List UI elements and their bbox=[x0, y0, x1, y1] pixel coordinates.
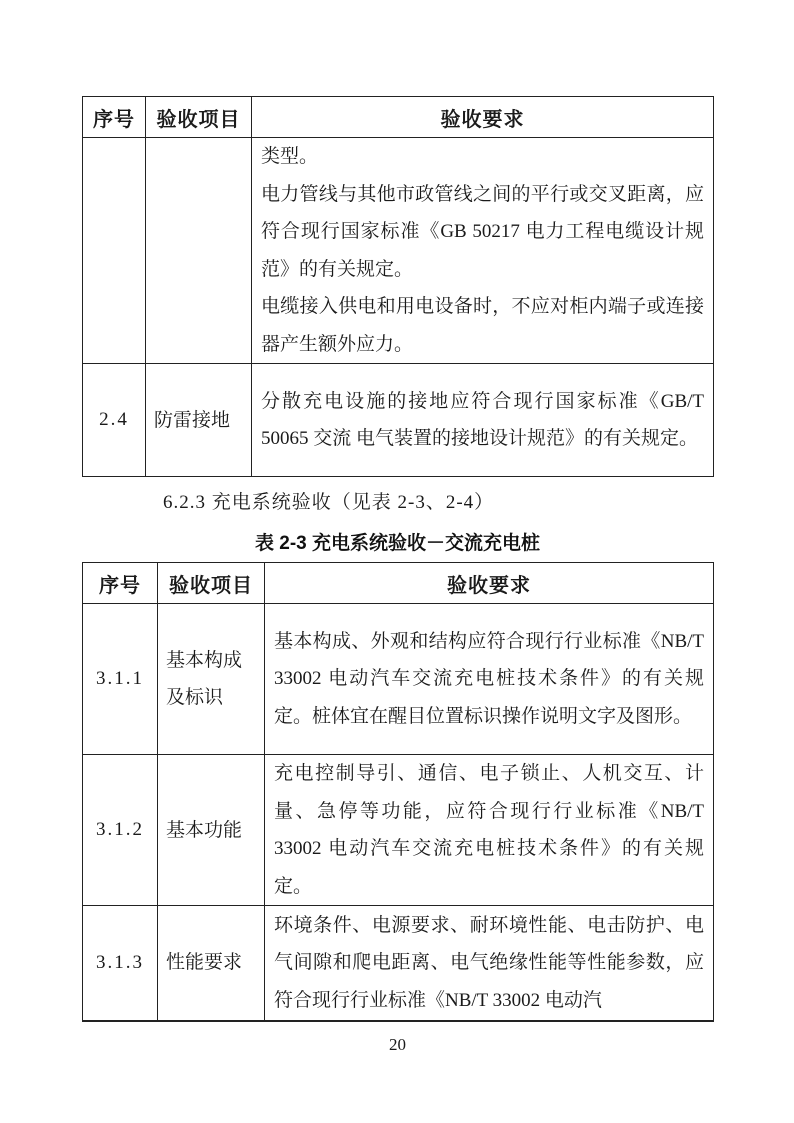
acceptance-table-ac-charging-pile: 序号 验收项目 验收要求 3.1.1 基本构成及标识 基本构成、外观和结构应符合… bbox=[82, 562, 714, 1022]
serial-cell: 3.1.2 bbox=[83, 755, 158, 906]
serial-cell: 2.4 bbox=[83, 364, 146, 477]
serial-cell: 3.1.3 bbox=[83, 906, 158, 1021]
column-header-item: 验收项目 bbox=[146, 97, 252, 138]
requirement-cell: 环境条件、电源要求、耐环境性能、电击防护、电气间隙和爬电距离、电气绝缘性能等性能… bbox=[265, 906, 714, 1021]
table-row: 3.1.3 性能要求 环境条件、电源要求、耐环境性能、电击防护、电气间隙和爬电距… bbox=[83, 906, 714, 1021]
item-cell: 性能要求 bbox=[158, 906, 265, 1021]
serial-cell: 3.1.1 bbox=[83, 604, 158, 755]
table-caption: 表 2-3 充电系统验收－交流充电桩 bbox=[82, 532, 713, 556]
requirement-cell: 基本构成、外观和结构应符合现行行业标准《NB/T 33002 电动汽车交流充电桩… bbox=[265, 604, 714, 755]
column-header-item: 验收项目 bbox=[158, 563, 265, 604]
table-header-row: 序号 验收项目 验收要求 bbox=[83, 97, 714, 138]
requirement-cell: 类型。 电力管线与其他市政管线之间的平行或交叉距离，应符合现行国家标准《GB 5… bbox=[252, 138, 714, 364]
serial-cell bbox=[83, 138, 146, 364]
table-row: 3.1.1 基本构成及标识 基本构成、外观和结构应符合现行行业标准《NB/T 3… bbox=[83, 604, 714, 755]
requirement-cell: 充电控制导引、通信、电子锁止、人机交互、计量、急停等功能，应符合现行行业标准《N… bbox=[265, 755, 714, 906]
item-cell: 基本构成及标识 bbox=[158, 604, 265, 755]
item-cell: 基本功能 bbox=[158, 755, 265, 906]
column-header-requirement: 验收要求 bbox=[265, 563, 714, 604]
section-heading: 6.2.3 充电系统验收（见表 2-3、2-4） bbox=[163, 488, 713, 518]
requirement-cell: 分散充电设施的接地应符合现行国家标准《GB/T 50065 交流 电气装置的接地… bbox=[252, 364, 714, 477]
document-page: 序号 验收项目 验收要求 类型。 电力管线与其他市政管线之间的平行或交叉距离，应… bbox=[0, 0, 794, 1123]
item-cell: 防雷接地 bbox=[146, 364, 252, 477]
document-content: 序号 验收项目 验收要求 类型。 电力管线与其他市政管线之间的平行或交叉距离，应… bbox=[0, 0, 713, 1055]
acceptance-table-power-supply: 序号 验收项目 验收要求 类型。 电力管线与其他市政管线之间的平行或交叉距离，应… bbox=[82, 96, 714, 477]
table-row: 类型。 电力管线与其他市政管线之间的平行或交叉距离，应符合现行国家标准《GB 5… bbox=[83, 138, 714, 364]
table-row: 3.1.2 基本功能 充电控制导引、通信、电子锁止、人机交互、计量、急停等功能，… bbox=[83, 755, 714, 906]
column-header-serial: 序号 bbox=[83, 97, 146, 138]
page-number: 20 bbox=[82, 1035, 713, 1055]
item-cell bbox=[146, 138, 252, 364]
column-header-requirement: 验收要求 bbox=[252, 97, 714, 138]
column-header-serial: 序号 bbox=[83, 563, 158, 604]
table-header-row: 序号 验收项目 验收要求 bbox=[83, 563, 714, 604]
table-row: 2.4 防雷接地 分散充电设施的接地应符合现行国家标准《GB/T 50065 交… bbox=[83, 364, 714, 477]
